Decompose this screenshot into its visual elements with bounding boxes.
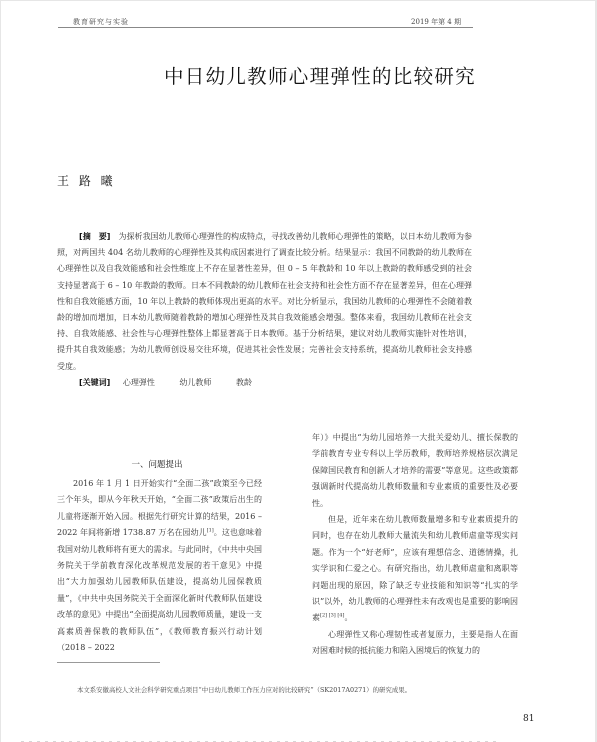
paragraph-text: 。这也意味着我国对幼儿教师将有更大的需求。与此同时，《中共中央国务院关于学前教育… <box>57 528 262 652</box>
abstract: [摘 要]为探析我国幼儿教师心理弹性的构成特点，寻找改善幼儿教师心理弹性的策略，… <box>57 229 472 375</box>
running-header: 教育研究与实验 2019 年第 4 期 <box>58 15 473 28</box>
abstract-label: [摘 要] <box>79 232 110 241</box>
paragraph: 年）》中提出“为幼儿园培养一大批关爱幼儿、擅长保教的学前教育专业专科以上学历教师… <box>312 430 518 512</box>
paragraph-text: 但是，近年来在幼儿教师数量增多和专业素质提升的同时，也存在幼儿教师大量流失和幼儿… <box>312 515 518 622</box>
journal-name: 教育研究与实验 <box>73 17 129 27</box>
abstract-text: 为探析我国幼儿教师心理弹性的构成特点，寻找改善幼儿教师心理弹性的策略，以日本幼儿… <box>57 232 472 371</box>
keywords-label: [关键词] <box>79 378 110 387</box>
section-heading: 一、问题提出 <box>57 458 257 470</box>
keyword: 幼儿教师 <box>179 378 211 387</box>
body-column-right: 年）》中提出“为幼儿园培养一大批关爱幼儿、擅长保教的学前教育专业专科以上学历教师… <box>312 430 518 660</box>
footnote-divider <box>57 662 160 663</box>
citation-ref: [1] <box>207 528 214 534</box>
paragraph: 心理弹性又称心理韧性或者复原力，主要是指人在面对困难时候的抵抗能力和陷入困境后的… <box>312 627 518 660</box>
citation-ref: [2] [3] [4] <box>320 613 344 619</box>
footnote: 本文系安徽高校人文社会科学研究重点项目“中日幼儿教师工作压力应对的比较研究”（S… <box>77 685 411 694</box>
keywords: [关键词] 心理弹性 幼儿教师 教龄 <box>79 377 274 388</box>
article-title: 中日幼儿教师心理弹性的比较研究 <box>156 61 476 89</box>
paragraph: 但是，近年来在幼儿教师数量增多和专业素质提升的同时，也存在幼儿教师大量流失和幼儿… <box>312 512 518 627</box>
keyword: 心理弹性 <box>123 378 155 387</box>
author-name: 王 路 曦 <box>57 172 116 189</box>
issue-number: 2019 年第 4 期 <box>411 17 461 27</box>
paragraph-text: 。 <box>344 613 352 622</box>
paragraph: 2016 年 1 月 1 日开始实行“全面二孩”政策至今已经三个年头，即从今年秋… <box>57 476 262 656</box>
page-number: 81 <box>523 714 534 724</box>
journal-page: 教育研究与实验 2019 年第 4 期 中日幼儿教师心理弹性的比较研究 王 路 … <box>1 1 595 742</box>
keyword: 教龄 <box>236 378 252 387</box>
body-column-left: 2016 年 1 月 1 日开始实行“全面二孩”政策至今已经三个年头，即从今年秋… <box>57 476 262 656</box>
